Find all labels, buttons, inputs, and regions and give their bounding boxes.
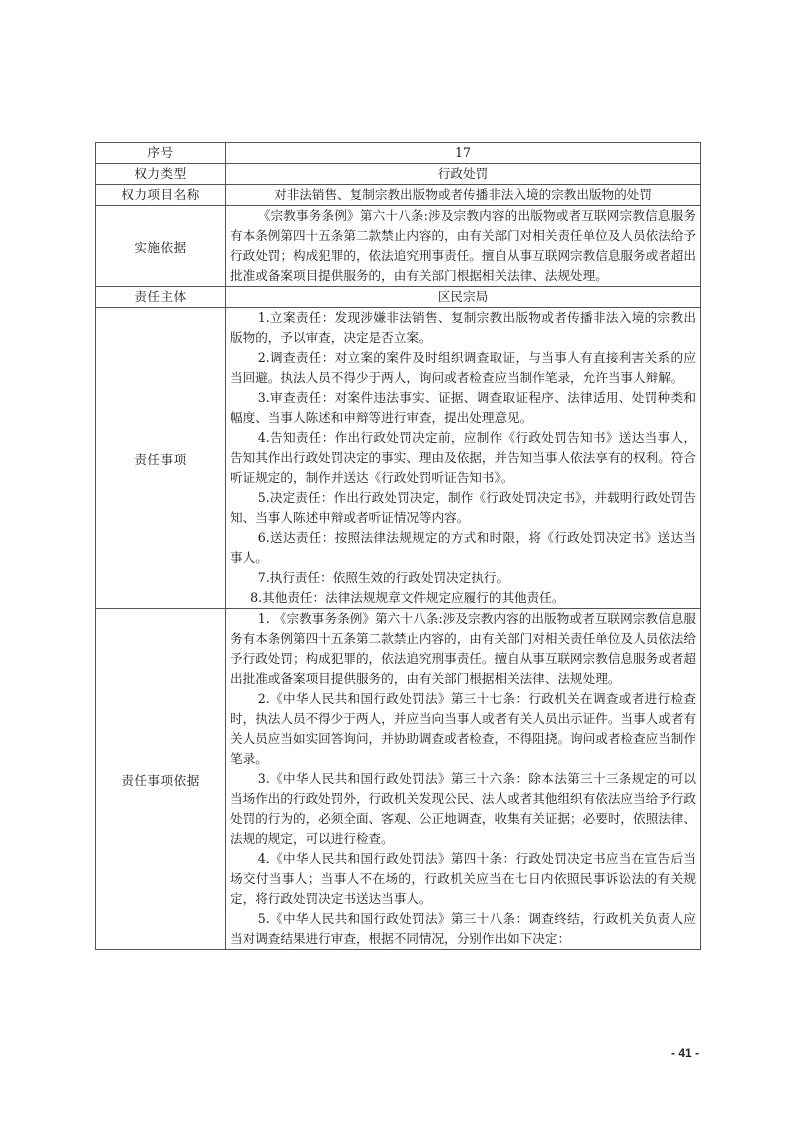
duty-item: 6.送达责任：按照法律法规规定的方式和时限，将《行政处罚决定书》送达当事人。 [230,528,696,568]
row-power-type: 权力类型 行政处罚 [96,164,701,185]
row-item-name: 权力项目名称 对非法销售、复制宗教出版物或者传播非法入境的宗教出版物的处罚 [96,185,701,206]
basis-paragraph: 《宗教事务条例》第六十八条:涉及宗教内容的出版物或者互联网宗教信息服务有本条例第… [230,206,696,286]
serial-label: 序号 [96,143,226,164]
duty-item: 1.立案责任：发现涉嫌非法销售、复制宗教出版物或者传播非法入境的宗教出版物的，予… [230,308,696,348]
page-number: - 41 - [671,1046,699,1060]
basis-label: 实施依据 [96,206,226,287]
item-name-label: 权力项目名称 [96,185,226,206]
power-item-table: 序号 17 权力类型 行政处罚 权力项目名称 对非法销售、复制宗教出版物或者传播… [95,142,701,950]
duty-item: 7.执行责任：依照生效的行政处罚决定执行。 [230,568,696,588]
serial-value: 17 [226,143,701,164]
duty-basis-item: 3.《中华人民共和国行政处罚法》第三十六条：除本法第三十三条规定的可以当场作出的… [230,769,696,849]
row-duty-basis: 责任事项依据 1. 《宗教事务条例》第六十八条:涉及宗教内容的出版物或者互联网宗… [96,609,701,950]
row-duties: 责任事项 1.立案责任：发现涉嫌非法销售、复制宗教出版物或者传播非法入境的宗教出… [96,308,701,609]
duties-label: 责任事项 [96,308,226,609]
duty-item: 4.告知责任：作出行政处罚决定前，应制作《行政处罚告知书》送达当事人，告知其作出… [230,428,696,488]
duty-item: 5.决定责任：作出行政处罚决定，制作《行政处罚决定书》，并载明行政处罚告知、当事… [230,488,696,528]
duty-item: 2.调查责任：对立案的案件及时组织调查取证，与当事人有直接利害关系的应当回避。执… [230,348,696,388]
row-basis: 实施依据 《宗教事务条例》第六十八条:涉及宗教内容的出版物或者互联网宗教信息服务… [96,206,701,287]
duty-basis-item: 1. 《宗教事务条例》第六十八条:涉及宗教内容的出版物或者互联网宗教信息服务有本… [230,609,696,689]
duty-item: 8.其他责任：法律法规规章文件规定应履行的其他责任。 [230,588,696,608]
item-name-value: 对非法销售、复制宗教出版物或者传播非法入境的宗教出版物的处罚 [226,185,701,206]
duty-basis-item: 4.《中华人民共和国行政处罚法》第四十条：行政处罚决定书应当在宣告后当场交付当事… [230,849,696,909]
duty-basis-label: 责任事项依据 [96,609,226,950]
basis-content: 《宗教事务条例》第六十八条:涉及宗教内容的出版物或者互联网宗教信息服务有本条例第… [226,206,701,287]
row-subject: 责任主体 区民宗局 [96,287,701,308]
duty-item: 3.审查责任：对案件违法事实、证据、调查取证程序、法律适用、处罚种类和幅度、当事… [230,388,696,428]
power-type-value: 行政处罚 [226,164,701,185]
duty-basis-content: 1. 《宗教事务条例》第六十八条:涉及宗教内容的出版物或者互联网宗教信息服务有本… [226,609,701,950]
subject-value: 区民宗局 [226,287,701,308]
power-type-label: 权力类型 [96,164,226,185]
duty-basis-item: 2.《中华人民共和国行政处罚法》第三十七条：行政机关在调查或者进行检查时，执法人… [230,689,696,769]
duty-basis-item: 5.《中华人民共和国行政处罚法》第三十八条：调查终结，行政机关负责人应当对调查结… [230,909,696,949]
duties-content: 1.立案责任：发现涉嫌非法销售、复制宗教出版物或者传播非法入境的宗教出版物的，予… [226,308,701,609]
row-serial: 序号 17 [96,143,701,164]
subject-label: 责任主体 [96,287,226,308]
